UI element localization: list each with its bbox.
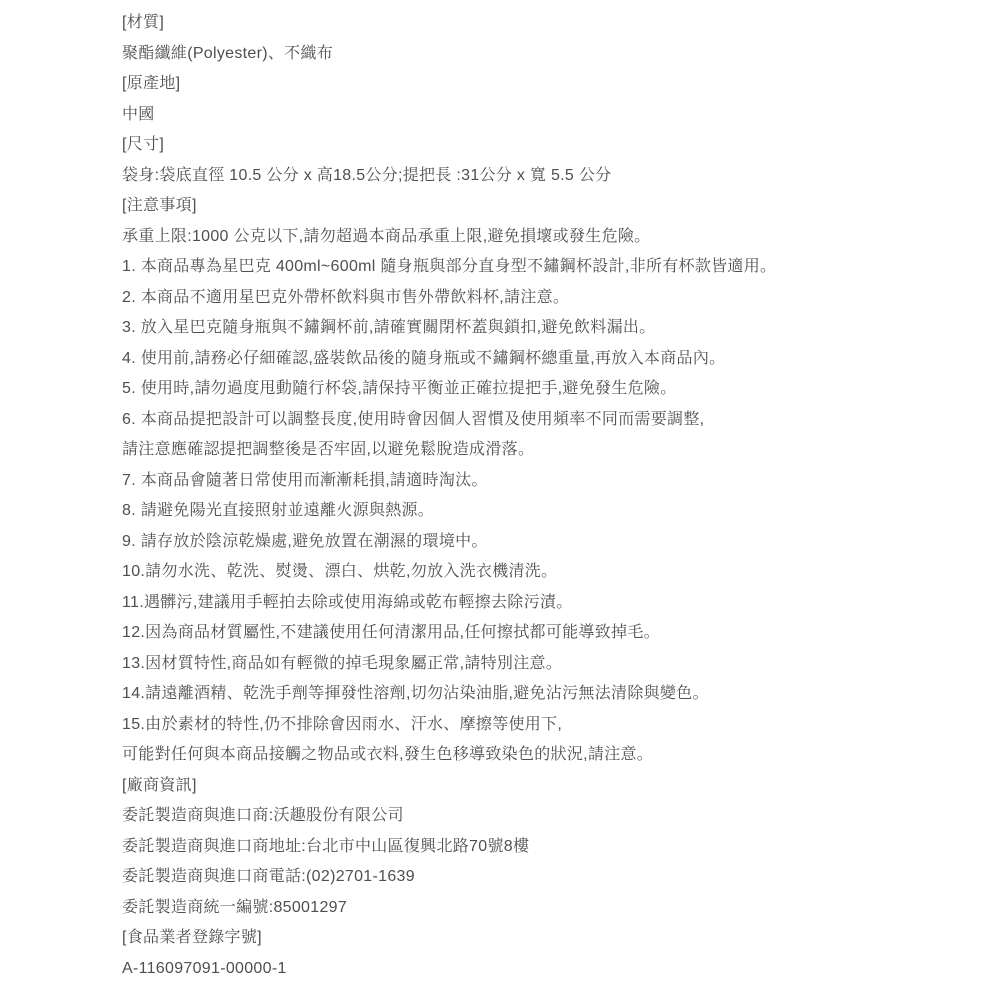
material-value: 聚酯纖維(Polyester)、不織布 — [122, 39, 910, 70]
manufacturer-tax-id: 委託製造商統一編號:85001297 — [122, 893, 910, 924]
section-header-dimensions: [尺寸] — [122, 130, 910, 161]
manufacturer-name: 委託製造商與進口商:沃趣股份有限公司 — [122, 801, 910, 832]
manufacturer-phone: 委託製造商與進口商電話:(02)2701-1639 — [122, 862, 910, 893]
dimensions-value: 袋身:袋底直徑 10.5 公分 x 高18.5公分;提把長 :31公分 x 寬 … — [122, 161, 910, 192]
precaution-item-4: 4. 使用前,請務必仔細確認,盛裝飲品後的隨身瓶或不鏽鋼杯總重量,再放入本商品內… — [122, 344, 910, 375]
precaution-item-2: 2. 本商品不適用星巴克外帶杯飲料與市售外帶飲料杯,請注意。 — [122, 283, 910, 314]
precaution-item-6-continued: 請注意應確認提把調整後是否牢固,以避免鬆脫造成滑落。 — [122, 435, 910, 466]
precaution-item-9: 9. 請存放於陰涼乾燥處,避免放置在潮濕的環境中。 — [122, 527, 910, 558]
section-header-precautions: [注意事項] — [122, 191, 910, 222]
precaution-item-11: 11.遇髒污,建議用手輕拍去除或使用海綿或乾布輕擦去除污漬。 — [122, 588, 910, 619]
precaution-item-13: 13.因材質特性,商品如有輕微的掉毛現象屬正常,請特別注意。 — [122, 649, 910, 680]
section-header-material: [材質] — [122, 8, 910, 39]
precaution-item-6: 6. 本商品提把設計可以調整長度,使用時會因個人習慣及使用頻率不同而需要調整, — [122, 405, 910, 436]
precaution-item-15-continued: 可能對任何與本商品接觸之物品或衣料,發生色移導致染色的狀況,請注意。 — [122, 740, 910, 771]
precaution-weight-limit: 承重上限:1000 公克以下,請勿超過本商品承重上限,避免損壞或發生危險。 — [122, 222, 910, 253]
precaution-item-1: 1. 本商品專為星巴克 400ml~600ml 隨身瓶與部分直身型不鏽鋼杯設計,… — [122, 252, 910, 283]
precaution-item-14: 14.請遠離酒精、乾洗手劑等揮發性溶劑,切勿沾染油脂,避免沾污無法清除與變色。 — [122, 679, 910, 710]
origin-value: 中國 — [122, 100, 910, 131]
food-registration-number: A-116097091-00000-1 — [122, 954, 910, 985]
precaution-item-15: 15.由於素材的特性,仍不排除會因雨水、汗水、摩擦等使用下, — [122, 710, 910, 741]
precaution-item-8: 8. 請避免陽光直接照射並遠離火源與熱源。 — [122, 496, 910, 527]
section-header-origin: [原產地] — [122, 69, 910, 100]
precaution-item-12: 12.因為商品材質屬性,不建議使用任何清潔用品,任何擦拭都可能導致掉毛。 — [122, 618, 910, 649]
precaution-item-3: 3. 放入星巴克隨身瓶與不鏽鋼杯前,請確實關閉杯蓋與鎖扣,避免飲料漏出。 — [122, 313, 910, 344]
section-header-manufacturer: [廠商資訊] — [122, 771, 910, 802]
section-header-food-registration: [食品業者登錄字號] — [122, 923, 910, 954]
product-description-document: [材質] 聚酯纖維(Polyester)、不織布 [原產地] 中國 [尺寸] 袋… — [0, 0, 1000, 984]
precaution-item-10: 10.請勿水洗、乾洗、熨燙、漂白、烘乾,勿放入洗衣機清洗。 — [122, 557, 910, 588]
manufacturer-address: 委託製造商與進口商地址:台北市中山區復興北路70號8樓 — [122, 832, 910, 863]
precaution-item-7: 7. 本商品會隨著日常使用而漸漸耗損,請適時淘汰。 — [122, 466, 910, 497]
precaution-item-5: 5. 使用時,請勿過度甩動隨行杯袋,請保持平衡並正確拉提把手,避免發生危險。 — [122, 374, 910, 405]
